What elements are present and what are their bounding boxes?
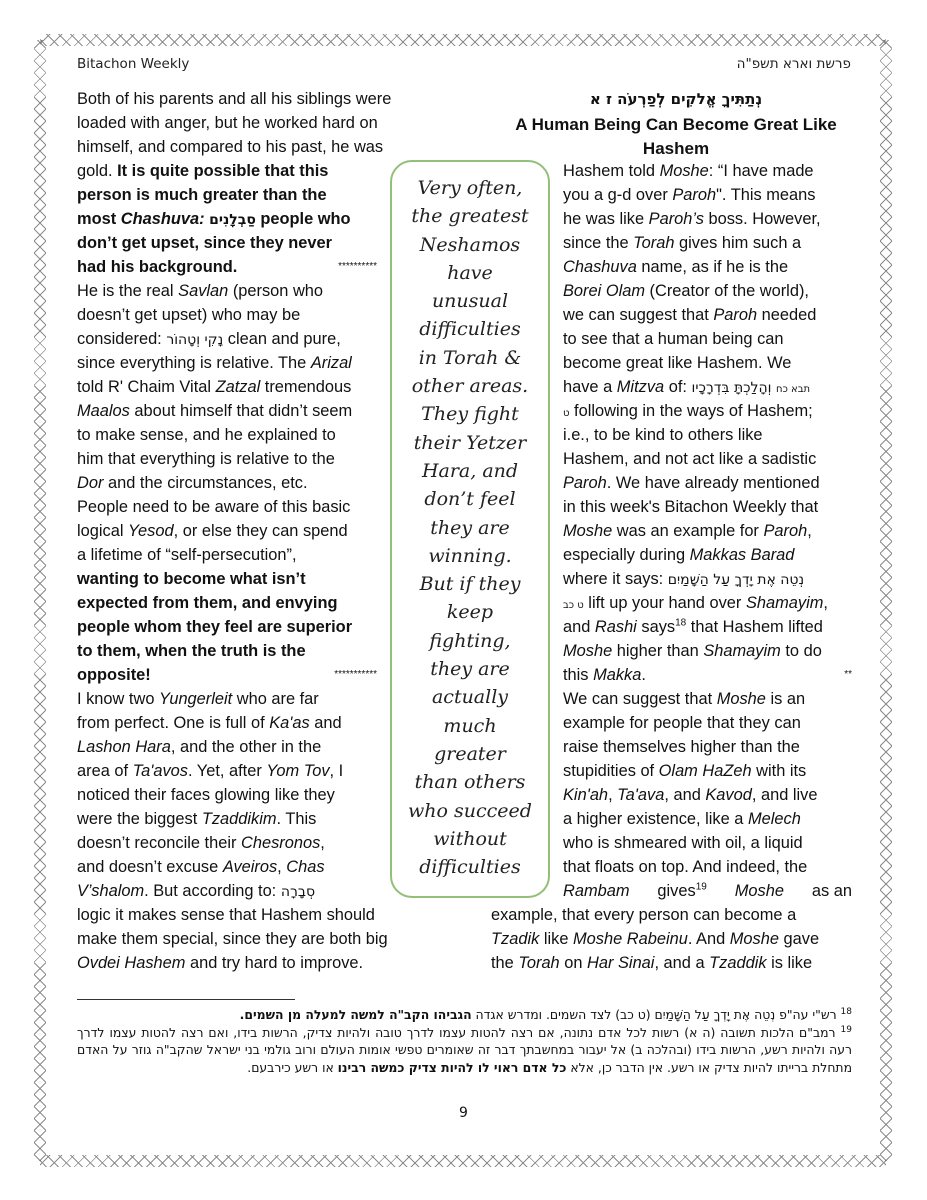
title-line-2: Hashem bbox=[480, 137, 872, 161]
text-line: ט כב lift up your hand over Shamayim, bbox=[563, 591, 852, 618]
text-line: most Chashuva: סַבְלָנִים people who bbox=[77, 207, 377, 232]
text-line: expected from them, and envying bbox=[77, 591, 377, 615]
footnote-ref-18[interactable]: 18 bbox=[675, 618, 686, 629]
text-line: and doesn’t excuse Aveiros, Chas bbox=[77, 855, 377, 879]
text-line: especially during Makkas Barad bbox=[563, 543, 852, 567]
footnote-18: 18 רש"י עה"פ נְטֵה אֶת יָדְךָ עַל הַשָּׁ… bbox=[77, 1006, 852, 1024]
text-line: Moshe was an example for Paroh, bbox=[563, 519, 852, 543]
text-line: himself, and compared to his past, he wa… bbox=[77, 135, 377, 159]
section-divider-stars: *********** bbox=[334, 663, 377, 687]
text-line: V’shalom. But according to: סְבָרָה bbox=[77, 879, 377, 904]
pull-quote-box: Very often, the greatest Neshamos have u… bbox=[390, 160, 550, 898]
title-line-1: A Human Being Can Become Great Like bbox=[480, 113, 872, 137]
text-line: him that everything is relative to the bbox=[77, 447, 377, 471]
text-line: don’t get upset, since they never bbox=[77, 231, 377, 255]
text-line: example for people that they can bbox=[563, 711, 852, 735]
text-line: Hashem, and not act like a sadistic bbox=[563, 447, 852, 471]
text-line: since the Torah gives him such a bbox=[563, 231, 852, 255]
footnotes: 18 רש"י עה"פ נְטֵה אֶת יָדְךָ עַל הַשָּׁ… bbox=[77, 1006, 852, 1076]
text-line: ט following in the ways of Hashem; bbox=[563, 399, 852, 426]
text-line: Hashem told Moshe: “I have made bbox=[563, 159, 852, 183]
text-line: we can suggest that Paroh needed bbox=[563, 303, 852, 327]
text-line: become great like Hashem. We bbox=[563, 351, 852, 375]
text-line: Moshe higher than Shamayim to do bbox=[563, 639, 852, 663]
footnote-separator bbox=[77, 999, 295, 1000]
text-line: Paroh. We have already mentioned bbox=[563, 471, 852, 495]
text-line: doesn’t reconcile their Chesronos, bbox=[77, 831, 377, 855]
pull-quote-text: Very often, the greatest Neshamos have u… bbox=[392, 174, 548, 881]
text-line: Borei Olam (Creator of the world), bbox=[563, 279, 852, 303]
text-line: loaded with anger, but he worked hard on bbox=[77, 111, 377, 135]
text-line: doesn’t get upset) who may be bbox=[77, 303, 377, 327]
text-line: logical Yesod, or else they can spend bbox=[77, 519, 377, 543]
text-line: Rambamgives19Mosheas an bbox=[563, 879, 852, 903]
section-divider-stars: ** bbox=[844, 663, 852, 687]
text-line: We can suggest that Moshe is an bbox=[563, 687, 852, 711]
border-right bbox=[880, 40, 892, 1161]
header-parsha: פרשת וארא תשפ"ה bbox=[737, 56, 851, 72]
text-line: people whom they feel are superior bbox=[77, 615, 377, 639]
text-line: he was like Paroh’s boss. However, bbox=[563, 207, 852, 231]
article-title-english: A Human Being Can Become Great Like Hash… bbox=[480, 113, 872, 161]
text-line: the Torah on Har Sinai, and a Tzaddik is… bbox=[491, 951, 852, 975]
text-line: Tzadik like Moshe Rabeinu. And Moshe gav… bbox=[491, 927, 852, 951]
page-number: 9 bbox=[0, 1105, 927, 1121]
text-line: considered: נָקִי וְטָהוֹר clean and pur… bbox=[77, 327, 377, 352]
text-line: I know two Yungerleit who are far bbox=[77, 687, 377, 711]
text-line: where it says: נְטֵה אֶת יָדְךָ עַל הַשָ… bbox=[563, 567, 852, 592]
text-line: who is shmeared with oil, a liquid bbox=[563, 831, 852, 855]
text-line: i.e., to be kind to others like bbox=[563, 423, 852, 447]
text-line: Dor and the circumstances, etc. bbox=[77, 471, 377, 495]
text-line: make them special, since they are both b… bbox=[77, 927, 435, 951]
text-line: wanting to become what isn’t bbox=[77, 567, 377, 591]
text-line: and Rashi says18 that Hashem lifted bbox=[563, 615, 852, 639]
footnote-19: 19 רמב"ם הלכות תשובה (ה א) רשות לכל אדם … bbox=[77, 1024, 852, 1077]
text-line: were the biggest Tzaddikim. This bbox=[77, 807, 377, 831]
text-line: a higher existence, like a Melech bbox=[563, 807, 852, 831]
text-line: Kin'ah, Ta'ava, and Kavod, and live bbox=[563, 783, 852, 807]
footnote-number: 18 bbox=[841, 1007, 852, 1017]
text-line: had his background.********** bbox=[77, 255, 377, 279]
article-title-hebrew: נְתַתִּיךָ אֱלקִים לְפַרְעֹה ז א bbox=[480, 90, 872, 108]
border-top bbox=[40, 34, 886, 46]
footnote-number: 19 bbox=[841, 1024, 852, 1034]
text-line: a lifetime of “self-persecution”, bbox=[77, 543, 377, 567]
text-line: raise themselves higher than the bbox=[563, 735, 852, 759]
text-line: that floats on top. And indeed, the bbox=[563, 855, 852, 879]
text-line: to make sense, and he explained to bbox=[77, 423, 377, 447]
text-line: to them, when the truth is the bbox=[77, 639, 377, 663]
text-line: opposite!*********** bbox=[77, 663, 377, 687]
text-line: have a Mitzva of: וְהָלַכְתָּ בִּדְרָכָי… bbox=[563, 375, 852, 402]
text-line: person is much greater than the bbox=[77, 183, 377, 207]
text-line: this Makka.** bbox=[563, 663, 852, 687]
text-line: from perfect. One is full of Ka'as and bbox=[77, 711, 377, 735]
text-line: Chashuva name, as if he is the bbox=[563, 255, 852, 279]
text-line: to see that a human being can bbox=[563, 327, 852, 351]
text-line: since everything is relative. The Arizal bbox=[77, 351, 377, 375]
footnote-ref-19[interactable]: 19 bbox=[696, 882, 707, 893]
border-bottom bbox=[40, 1155, 886, 1167]
header-publication: Bitachon Weekly bbox=[77, 56, 189, 72]
text-line: you a g-d over Paroh". This means bbox=[563, 183, 852, 207]
text-line: example, that every person can become a bbox=[491, 903, 852, 927]
text-line: told R' Chaim Vital Zatzal tremendous bbox=[77, 375, 377, 399]
text-line: gold. It is quite possible that this bbox=[77, 159, 377, 183]
border-left bbox=[34, 40, 46, 1161]
text-line: logic it makes sense that Hashem should bbox=[77, 903, 435, 927]
text-line: stupidities of Olam HaZeh with its bbox=[563, 759, 852, 783]
text-line: People need to be aware of this basic bbox=[77, 495, 377, 519]
section-divider-stars: ********** bbox=[338, 255, 377, 279]
text-line: Ovdei Hashem and try hard to improve. bbox=[77, 951, 435, 975]
text-line: noticed their faces glowing like they bbox=[77, 783, 377, 807]
text-line: in this week's Bitachon Weekly that bbox=[563, 495, 852, 519]
text-line: Both of his parents and all his siblings… bbox=[77, 87, 377, 111]
text-line: area of Ta'avos. Yet, after Yom Tov, I bbox=[77, 759, 377, 783]
text-line: Maalos about himself that didn’t seem bbox=[77, 399, 377, 423]
text-line: He is the real Savlan (person who bbox=[77, 279, 377, 303]
text-line: Lashon Hara, and the other in the bbox=[77, 735, 377, 759]
